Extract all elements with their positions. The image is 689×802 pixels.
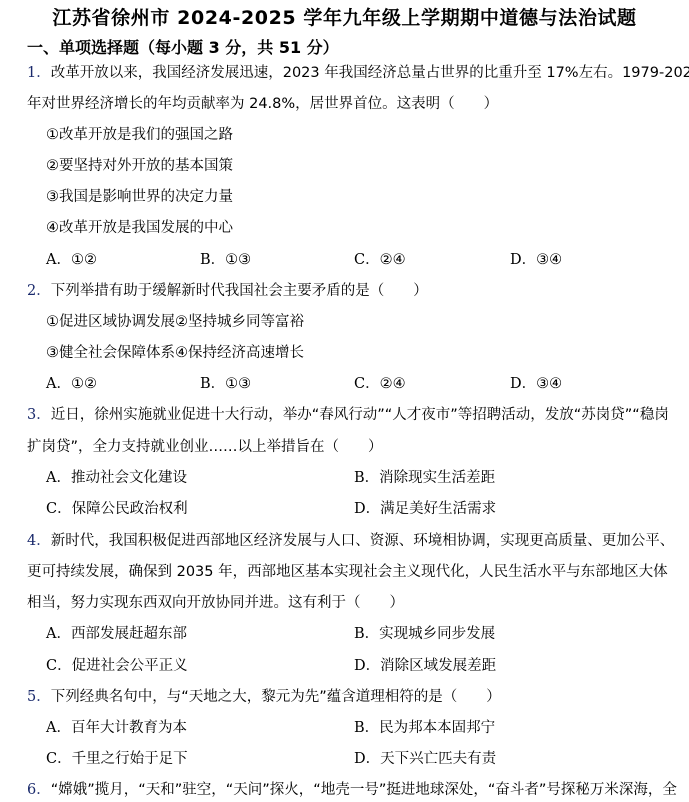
option-letter: B． [354,626,379,642]
option-c[interactable]: C．千里之行始于足下 [46,749,188,769]
question-stem-line: 年对世界经济增长的年均贡献率为 24.8%，居世界首位。这表明（ ） [27,94,498,114]
option-text: ①② [71,376,97,392]
question-number: 5． [27,689,51,705]
stem-text: “嫦娥”揽月，“天和”驻空，“天问”探火，“地壳一号”挺进地球深处，“奋斗者”号… [51,782,677,798]
statement-2: ②要坚持对外开放的基本国策 [46,156,233,176]
option-text: 天下兴亡匹夫有责 [380,751,496,767]
document-title: 江苏省徐州市 2024-2025 学年九年级上学期期中道德与法治试题 [0,6,689,30]
option-b[interactable]: B．①③ [200,250,251,270]
option-text: 实现城乡同步发展 [379,626,495,642]
option-text: ①③ [225,376,251,392]
option-c[interactable]: C．促进社会公平正义 [46,656,188,676]
option-letter: A． [46,720,71,736]
question-stem-line: 扩岗贷”，全力支持就业创业……以上举措旨在（ ） [27,437,383,457]
option-a[interactable]: A．①② [46,374,97,394]
option-letter: D． [354,658,380,674]
option-letter: A． [46,376,71,392]
question-number: 3． [27,407,51,423]
option-letter: D． [510,376,536,392]
option-d[interactable]: D．③④ [510,374,562,394]
option-text: 促进社会公平正义 [72,658,188,674]
question-number: 2． [27,283,51,299]
option-text: 西部发展赶超东部 [71,626,187,642]
question-number: 4． [27,533,51,549]
section-heading: 一、单项选择题（每小题 3 分，共 51 分） [27,38,339,58]
option-a[interactable]: A．百年大计教育为本 [46,718,187,738]
option-d[interactable]: D．③④ [510,250,562,270]
option-letter: C． [354,376,380,392]
option-text: 民为邦本本固邦宁 [379,720,495,736]
option-a[interactable]: A．推动社会文化建设 [46,468,187,488]
option-text: ③④ [536,252,562,268]
option-text: ②④ [380,252,406,268]
question-stem-line: 更可持续发展，确保到 2035 年，西部地区基本实现社会主义现代化，人民生活水平… [27,562,668,582]
question-stem-line: 相当，努力实现东西双向开放协同并进。这有利于（ ） [27,593,404,613]
option-letter: A． [46,470,71,486]
option-b[interactable]: B．实现城乡同步发展 [354,624,495,644]
option-letter: C． [46,501,72,517]
option-text: 保障公民政治权利 [72,501,188,517]
option-d[interactable]: D．天下兴亡匹夫有责 [354,749,496,769]
option-letter: B． [354,720,379,736]
option-text: 消除现实生活差距 [379,470,495,486]
question-stem-line: 6．“嫦娥”揽月，“天和”驻空，“天问”探火，“地壳一号”挺进地球深处，“奋斗者… [27,780,677,800]
option-letter: A． [46,626,71,642]
question-stem-line: 2．下列举措有助于缓解新时代我国社会主要矛盾的是（ ） [27,281,428,301]
question-stem-line: 5．下列经典名句中，与“天地之大，黎元为先”蕴含道理相符的是（ ） [27,687,501,707]
option-b[interactable]: B．消除现实生活差距 [354,468,495,488]
option-letter: B． [200,252,225,268]
option-letter: D． [354,751,380,767]
option-text: ①③ [225,252,251,268]
statement-1: ①改革开放是我们的强国之路 [46,125,233,145]
question-number: 1． [27,65,51,81]
option-letter: D． [510,252,536,268]
option-c[interactable]: C．保障公民政治权利 [46,499,188,519]
option-c[interactable]: C．②④ [354,374,406,394]
statement-3-4: ③健全社会保障体系④保持经济高速增长 [46,343,304,363]
option-text: 千里之行始于足下 [72,751,188,767]
question-stem-line: 3．近日，徐州实施就业促进十大行动，举办“春风行动”“人才夜市”等招聘活动，发放… [27,405,669,425]
option-text: 推动社会文化建设 [71,470,187,486]
option-letter: B． [200,376,225,392]
option-text: 满足美好生活需求 [380,501,496,517]
option-c[interactable]: C．②④ [354,250,406,270]
option-letter: A． [46,252,71,268]
option-a[interactable]: A．①② [46,250,97,270]
option-d[interactable]: D．消除区域发展差距 [354,656,496,676]
stem-text: 新时代，我国积极促进西部地区经济发展与人口、资源、环境相协调，实现更高质量、更加… [51,533,675,549]
option-text: 消除区域发展差距 [380,658,496,674]
option-text: ①② [71,252,97,268]
option-b[interactable]: B．民为邦本本固邦宁 [354,718,495,738]
question-stem-line: 1．改革开放以来，我国经济发展迅速，2023 年我国经济总量占世界的比重升至 1… [27,63,689,83]
stem-text: 下列举措有助于缓解新时代我国社会主要矛盾的是（ ） [51,283,428,299]
stem-text: 下列经典名句中，与“天地之大，黎元为先”蕴含道理相符的是（ ） [51,689,501,705]
option-text: 百年大计教育为本 [71,720,187,736]
option-a[interactable]: A．西部发展赶超东部 [46,624,187,644]
stem-text: 改革开放以来，我国经济发展迅速，2023 年我国经济总量占世界的比重升至 17%… [51,65,689,81]
statement-3: ③我国是影响世界的决定力量 [46,187,233,207]
option-d[interactable]: D．满足美好生活需求 [354,499,496,519]
statement-1-2: ①促进区域协调发展②坚持城乡同等富裕 [46,312,304,332]
option-letter: D． [354,501,380,517]
option-letter: B． [354,470,379,486]
question-number: 6． [27,782,51,798]
statement-4: ④改革开放是我国发展的中心 [46,218,233,238]
stem-text: 近日，徐州实施就业促进十大行动，举办“春风行动”“人才夜市”等招聘活动，发放“苏… [51,407,669,423]
option-text: ③④ [536,376,562,392]
option-letter: C． [46,751,72,767]
option-letter: C． [46,658,72,674]
question-stem-line: 4．新时代，我国积极促进西部地区经济发展与人口、资源、环境相协调，实现更高质量、… [27,531,674,551]
option-letter: C． [354,252,380,268]
option-b[interactable]: B．①③ [200,374,251,394]
option-text: ②④ [380,376,406,392]
